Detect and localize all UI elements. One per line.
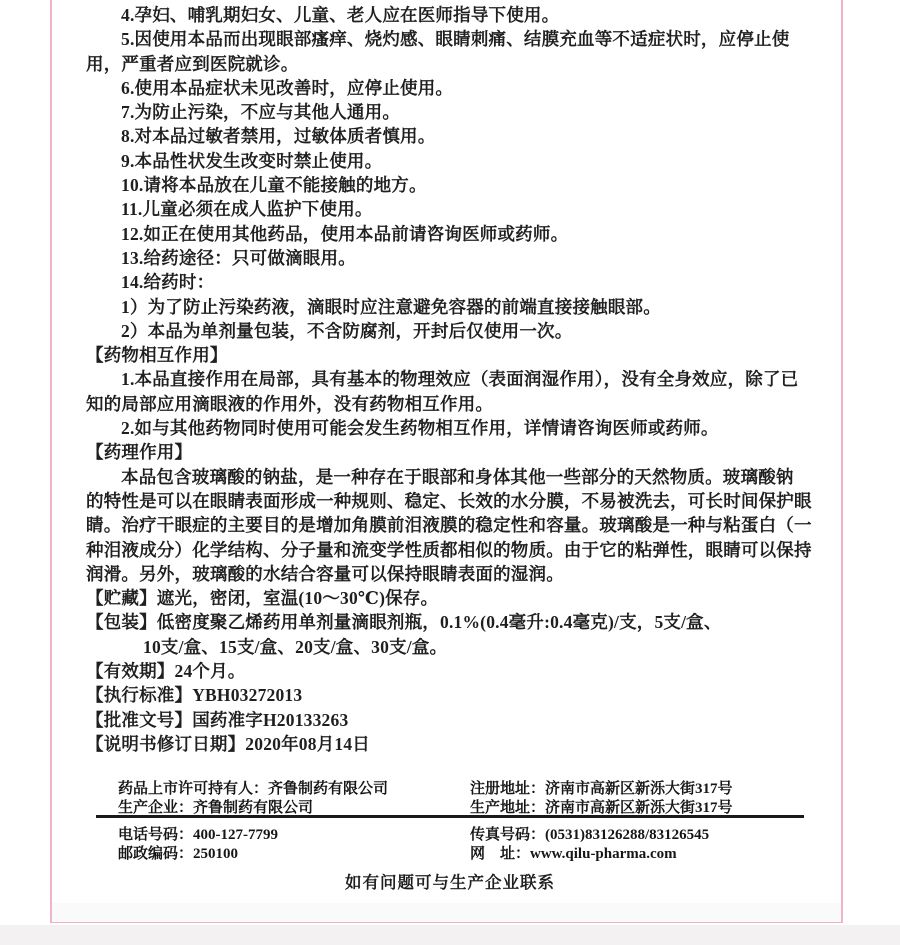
contact-row: 生产企业：齐鲁制药有限公司生产地址：济南市高新区新泺大街317号 <box>0 796 900 815</box>
text-line: 10支/盒、15支/盒、20支/盒、30支/盒。 <box>86 635 831 659</box>
text-line: 知的局部应用滴眼液的作用外，没有药物相互作用。 <box>86 392 831 416</box>
text-line: 2）本品为单剂量包装，不含防腐剂，开封后仅使用一次。 <box>86 319 831 343</box>
contact-right-cell: 传真号码：(0531)83126288/83126545 <box>470 823 709 844</box>
text-line: 1）为了防止污染药液，滴眼时应注意避免容器的前端直接接触眼部。 <box>86 295 831 319</box>
contact-block-lower: 电话号码：400-127-7799传真号码：(0531)83126288/831… <box>0 823 900 861</box>
text-line: 12.如正在使用其他药品，使用本品前请咨询医师或药师。 <box>86 222 831 246</box>
text-line: 11.儿童必须在成人监护下使用。 <box>86 197 831 221</box>
footer-note: 如有问题可与生产企业联系 <box>96 869 804 893</box>
contact-right-cell: 网 址：www.qilu-pharma.com <box>470 842 677 863</box>
section-heading-line: 【包装】低密度聚乙烯药用单剂量滴眼剂瓶，0.1%(0.4毫升:0.4毫克)/支，… <box>86 610 831 634</box>
section-heading-line: 【说明书修订日期】2020年08月14日 <box>86 732 831 756</box>
section-heading-line: 【贮藏】遮光，密闭，室温(10～30℃)保存。 <box>86 586 831 610</box>
contact-left-cell: 邮政编码：250100 <box>118 842 238 863</box>
text-line: 种泪液成分）化学结构、分子量和流变学性质都相似的物质。由于它的粘弹性，眼睛可以保… <box>86 538 831 562</box>
contact-left-cell: 电话号码：400-127-7799 <box>118 823 278 844</box>
section-heading-line: 【药理作用】 <box>86 440 831 464</box>
contact-block-upper: 药品上市许可持有人：齐鲁制药有限公司注册地址：济南市高新区新泺大街317号生产企… <box>0 777 900 815</box>
contact-right-cell: 注册地址：济南市高新区新泺大街317号 <box>470 777 733 798</box>
contact-row: 药品上市许可持有人：齐鲁制药有限公司注册地址：济南市高新区新泺大街317号 <box>0 777 900 796</box>
text-line: 10.请将本品放在儿童不能接触的地方。 <box>86 173 831 197</box>
scan-paper-edge <box>52 903 841 922</box>
text-line: 9.本品性状发生改变时禁止使用。 <box>86 149 831 173</box>
section-heading-line: 【药物相互作用】 <box>86 343 831 367</box>
outside-bottom-strip <box>0 925 900 945</box>
text-line: 4.孕妇、哺乳期妇女、儿童、老人应在医师指导下使用。 <box>86 3 831 27</box>
text-line: 5.因使用本品而出现眼部瘙痒、烧灼感、眼睛刺痛、结膜充血等不适症状时，应停止使 <box>86 27 831 51</box>
text-line: 睛。治疗干眼症的主要目的是增加角膜前泪液膜的稳定性和容量。玻璃酸是一种与粘蛋白（… <box>86 513 831 537</box>
text-line: 7.为防止污染，不应与其他人通用。 <box>86 100 831 124</box>
text-line: 6.使用本品症状未见改善时，应停止使用。 <box>86 76 831 100</box>
text-line: 8.对本品过敏者禁用，过敏体质者慎用。 <box>86 124 831 148</box>
text-line: 1.本品直接作用在局部，具有基本的物理效应（表面润湿作用），没有全身效应，除了已 <box>86 367 831 391</box>
page-background: { "colors": { "border_pink": "#f2b2c7", … <box>0 0 900 945</box>
text-line: 2.如与其他药物同时使用可能会发生药物相互作用，详情请咨询医师或药师。 <box>86 416 831 440</box>
divider-rule <box>96 815 804 818</box>
text-line: 14.给药时： <box>86 270 831 294</box>
section-heading-line: 【批准文号】国药准字H20133263 <box>86 708 831 732</box>
contact-left-cell: 药品上市许可持有人：齐鲁制药有限公司 <box>118 777 388 798</box>
contact-right-cell: 生产地址：济南市高新区新泺大街317号 <box>470 796 733 817</box>
text-line: 润滑。另外，玻璃酸的水结合容量可以保持眼睛表面的湿润。 <box>86 562 831 586</box>
section-heading-line: 【有效期】24个月。 <box>86 659 831 683</box>
contact-left-cell: 生产企业：齐鲁制药有限公司 <box>118 796 313 817</box>
leaflet-body-text: 4.孕妇、哺乳期妇女、儿童、老人应在医师指导下使用。5.因使用本品而出现眼部瘙痒… <box>86 3 831 756</box>
text-line: 用，严重者应到医院就诊。 <box>86 52 831 76</box>
contact-row: 邮政编码：250100网 址：www.qilu-pharma.com <box>0 842 900 861</box>
section-heading-line: 【执行标准】YBH03272013 <box>86 683 831 707</box>
text-line: 的特性是可以在眼睛表面形成一种规则、稳定、长效的水分膜，不易被洗去，可长时间保护… <box>86 489 831 513</box>
text-line: 本品包含玻璃酸的钠盐，是一种存在于眼部和身体其他一些部分的天然物质。玻璃酸钠 <box>86 465 831 489</box>
contact-row: 电话号码：400-127-7799传真号码：(0531)83126288/831… <box>0 823 900 842</box>
text-line: 13.给药途径：只可做滴眼用。 <box>86 246 831 270</box>
